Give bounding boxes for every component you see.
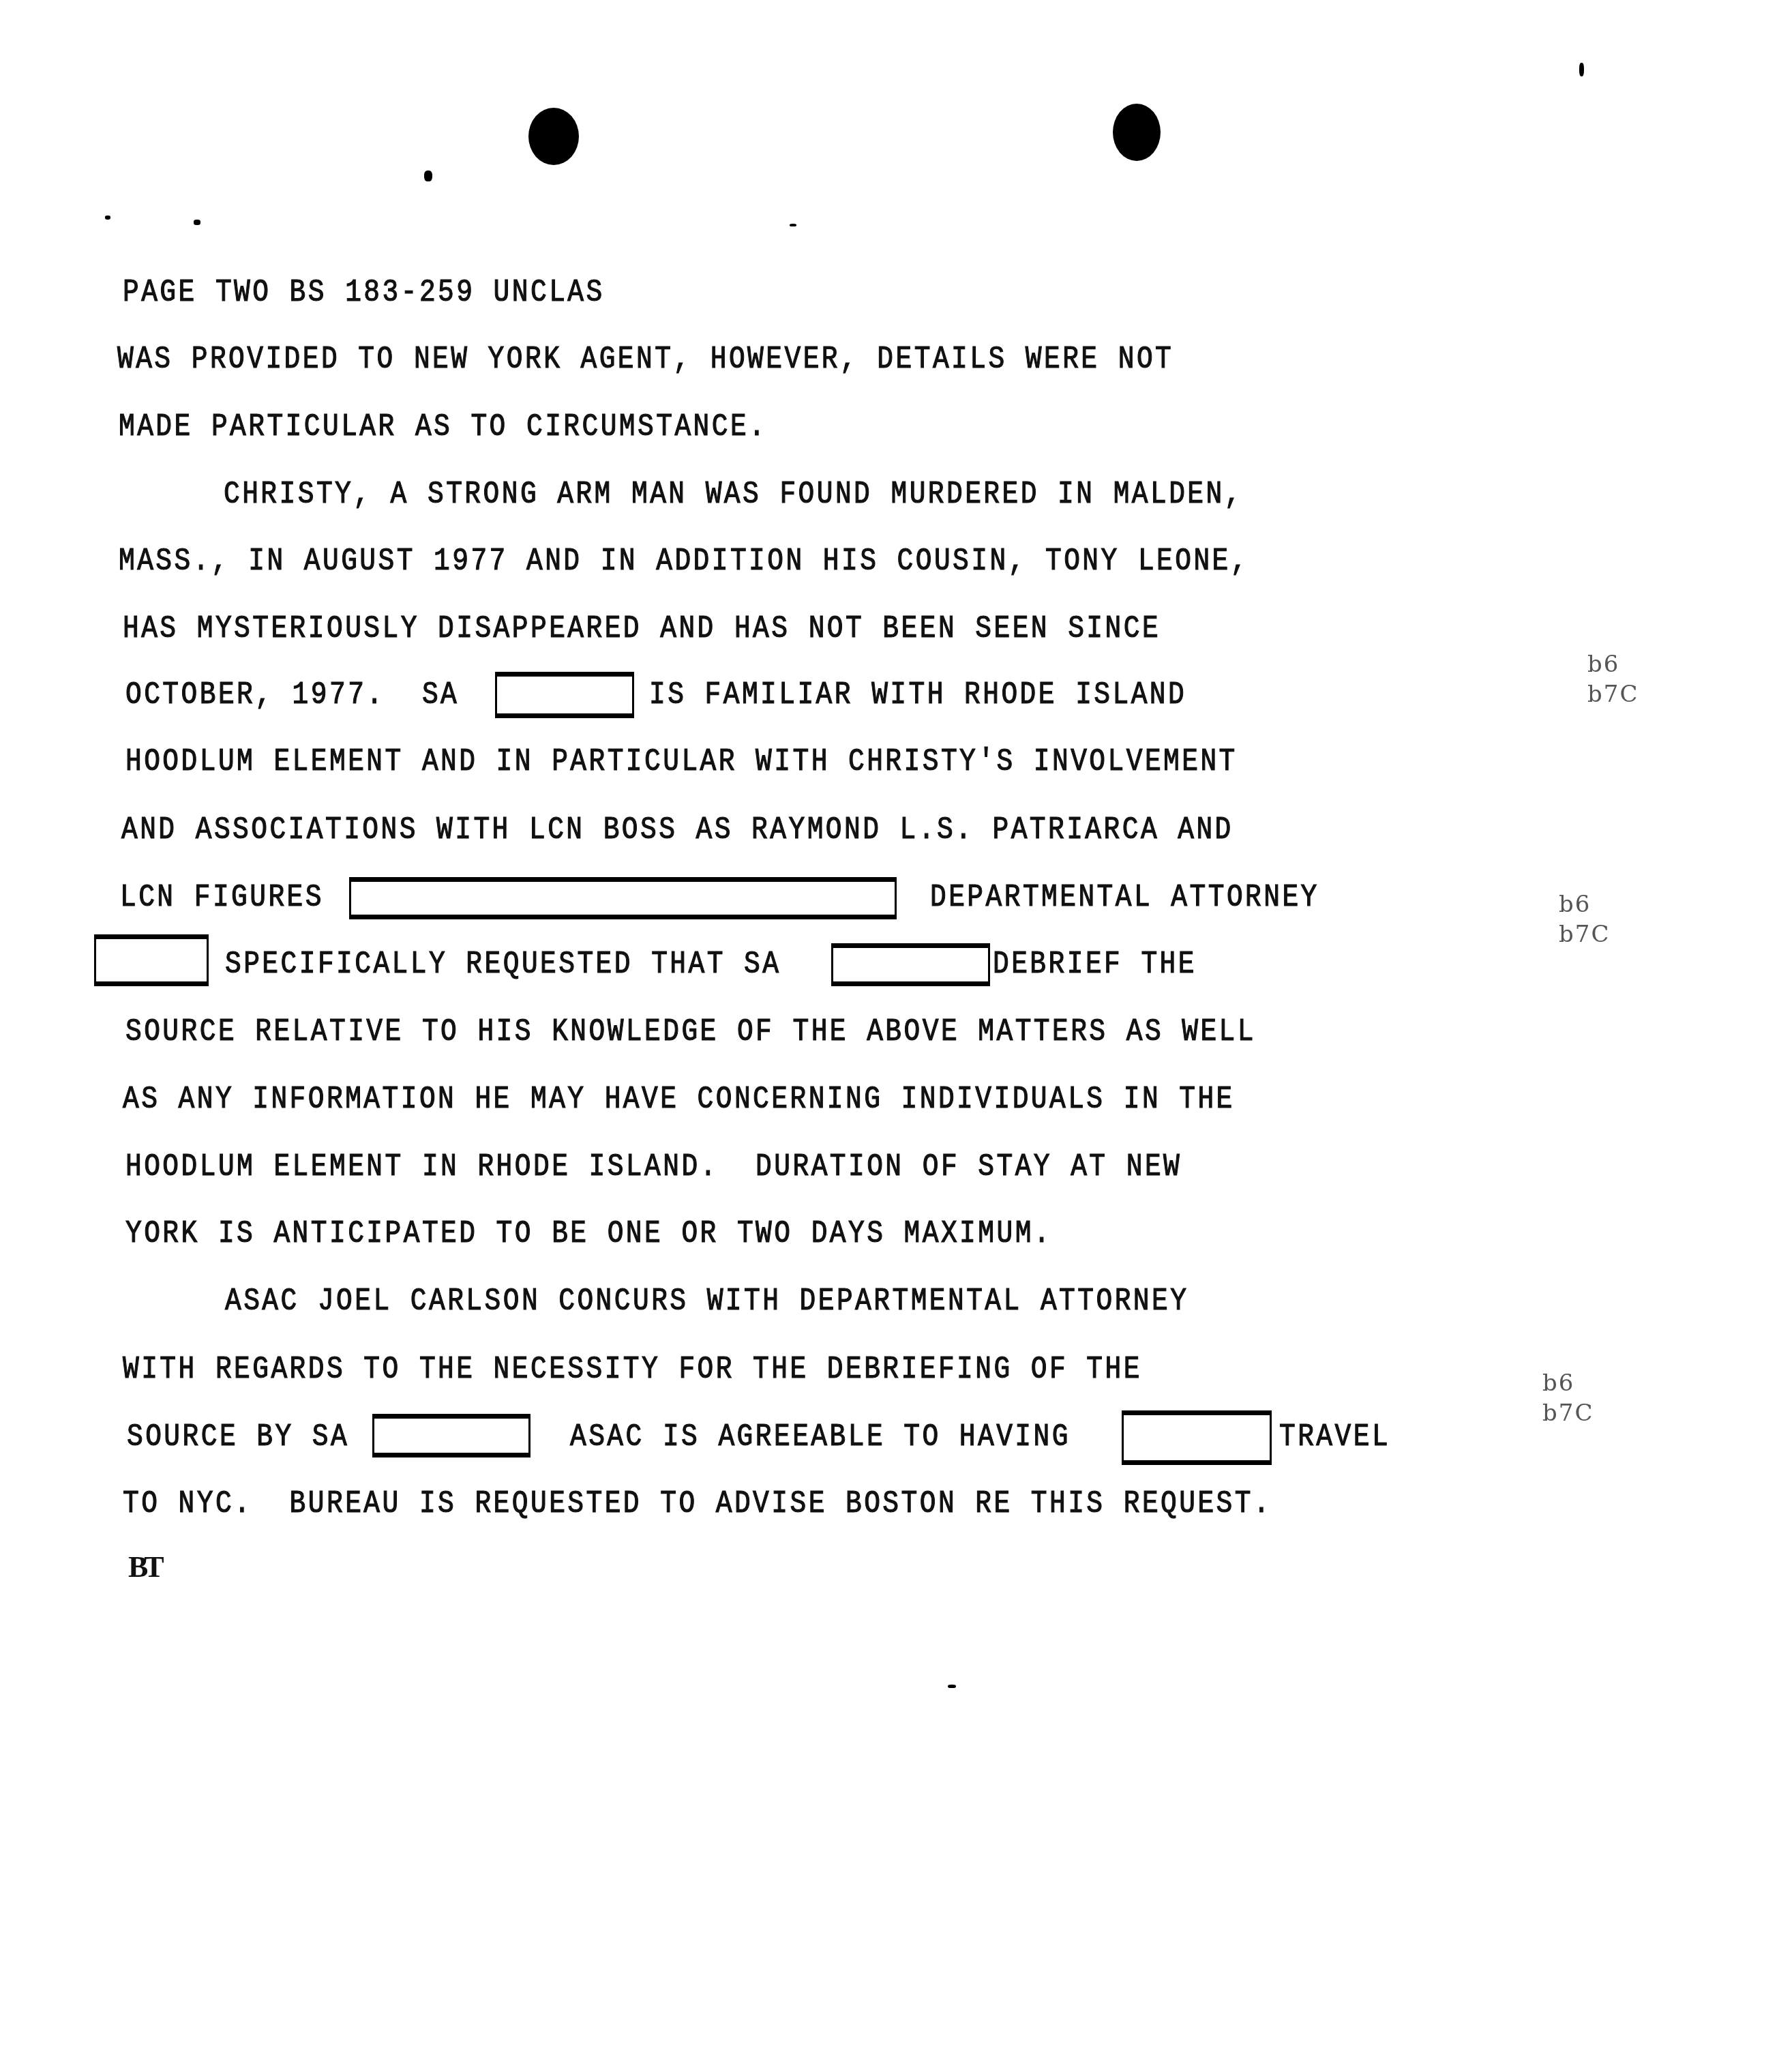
scan-speck: [105, 216, 110, 220]
redaction-box: [372, 1414, 530, 1457]
text-line: ASAC JOEL CARLSON CONCURS WITH DEPARTMEN…: [225, 1283, 1189, 1320]
text-line: MASS., IN AUGUST 1977 AND IN ADDITION HI…: [119, 543, 1249, 580]
text-line: HOODLUM ELEMENT IN RHODE ISLAND. DURATIO…: [125, 1149, 1182, 1185]
exemption-annotation: b6 b7C: [1542, 1368, 1594, 1428]
redaction-box: [349, 877, 897, 919]
text-line: SOURCE BY SA: [127, 1419, 349, 1455]
text-line: DEBRIEF THE: [993, 946, 1197, 983]
exemption-code: b7C: [1542, 1398, 1594, 1428]
exemption-code: b7C: [1559, 919, 1610, 949]
scan-speck: [790, 224, 796, 226]
text-line: WITH REGARDS TO THE NECESSITY FOR THE DE…: [123, 1351, 1142, 1388]
text-line: WAS PROVIDED TO NEW YORK AGENT, HOWEVER,…: [117, 341, 1173, 378]
text-line: HOODLUM ELEMENT AND IN PARTICULAR WITH C…: [125, 743, 1238, 780]
exemption-annotation: b6 b7C: [1559, 889, 1610, 949]
text-line: YORK IS ANTICIPATED TO BE ONE OR TWO DAY…: [125, 1215, 1052, 1252]
text-line: ASAC IS AGREEABLE TO HAVING: [570, 1419, 1071, 1455]
message-break-marker: BT: [128, 1550, 160, 1584]
text-line: LCN FIGURES: [120, 879, 324, 916]
text-line: CHRISTY, A STRONG ARM MAN WAS FOUND MURD…: [224, 476, 1243, 513]
text-line: OCTOBER, 1977. SA: [125, 677, 459, 713]
exemption-code: b7C: [1587, 679, 1639, 709]
exemption-code: b6: [1542, 1368, 1594, 1398]
scan-speck: [194, 220, 200, 225]
exemption-code: b6: [1587, 649, 1639, 679]
text-line: TRAVEL: [1279, 1419, 1390, 1455]
scan-speck: [1579, 63, 1584, 76]
text-line: AS ANY INFORMATION HE MAY HAVE CONCERNIN…: [123, 1081, 1235, 1118]
text-line: MADE PARTICULAR AS TO CIRCUMSTANCE.: [119, 409, 767, 445]
exemption-annotation: b6 b7C: [1587, 649, 1639, 709]
exemption-code: b6: [1559, 889, 1610, 919]
scan-speck: [948, 1685, 956, 1688]
redaction-box: [495, 672, 634, 718]
redaction-box: [831, 943, 990, 986]
text-line: TO NYC. BUREAU IS REQUESTED TO ADVISE BO…: [123, 1485, 1272, 1522]
text-line: DEPARTMENTAL ATTORNEY: [930, 879, 1319, 916]
text-line: HAS MYSTERIOUSLY DISAPPEARED AND HAS NOT…: [123, 610, 1161, 647]
redaction-box: [94, 934, 209, 986]
text-line: IS FAMILIAR WITH RHODE ISLAND: [649, 677, 1186, 713]
scan-speck: [424, 171, 432, 181]
page-header: PAGE TWO BS 183-259 UNCLAS: [123, 274, 605, 311]
text-line: AND ASSOCIATIONS WITH LCN BOSS AS RAYMON…: [121, 812, 1234, 848]
document-page: PAGE TWO BS 183-259 UNCLAS WAS PROVIDED …: [0, 0, 1779, 2072]
text-line: SOURCE RELATIVE TO HIS KNOWLEDGE OF THE …: [125, 1013, 1256, 1050]
text-line: SPECIFICALLY REQUESTED THAT SA: [225, 946, 781, 983]
redaction-box: [1122, 1410, 1272, 1465]
hole-punch-left: [528, 108, 579, 165]
hole-punch-right: [1113, 104, 1161, 161]
